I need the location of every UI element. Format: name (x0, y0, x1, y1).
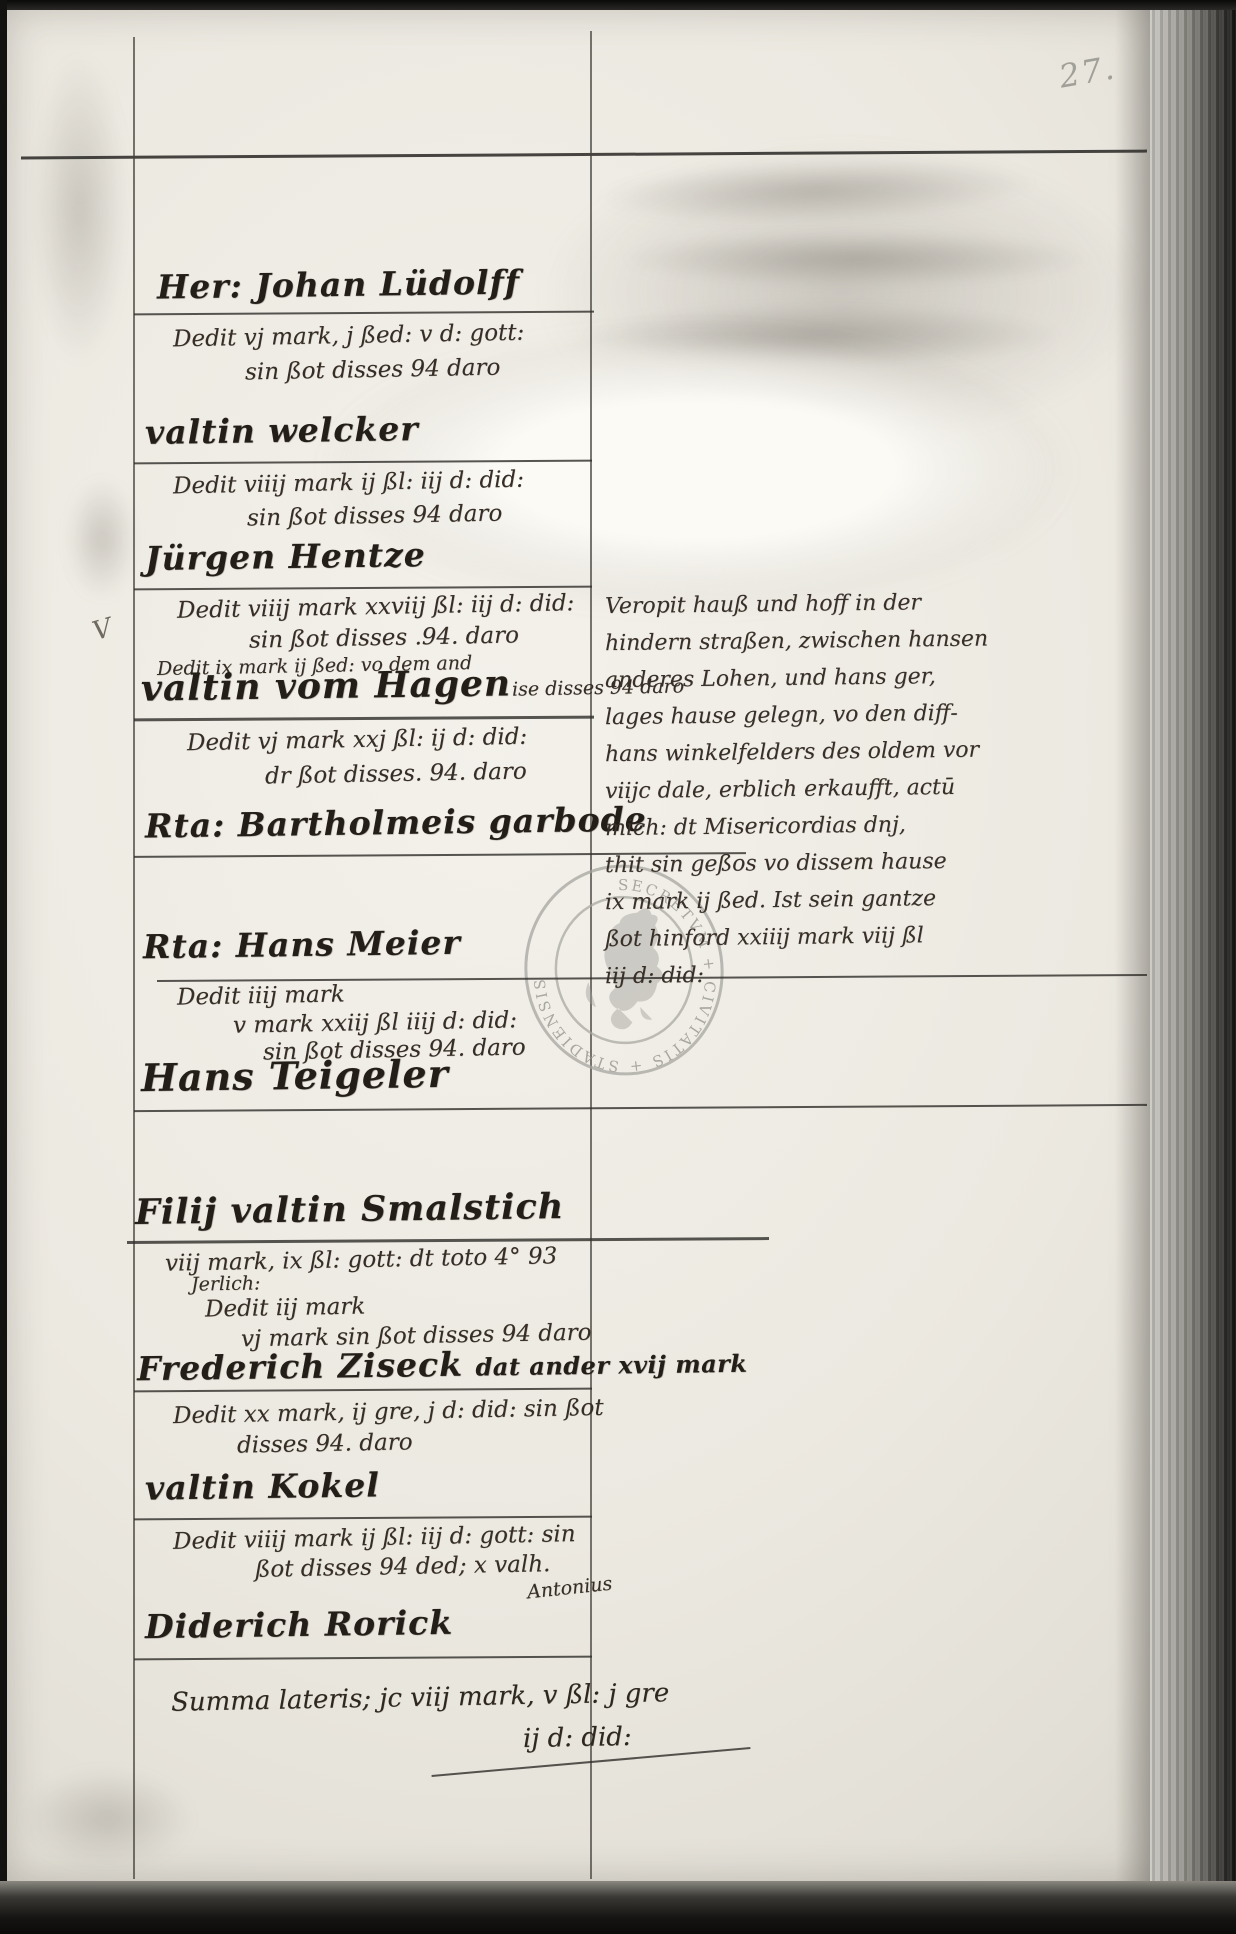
heading-underline (134, 1104, 1147, 1112)
stain (596, 151, 1038, 230)
entry-heading: valtin vom Hagen (141, 662, 512, 709)
note-line: mich: dt Misericordias dnj, (605, 804, 1125, 847)
stain (32, 54, 127, 364)
entry-line: disses 94. daro (237, 1429, 413, 1458)
heading-underline (127, 1237, 769, 1244)
stain (67, 479, 137, 599)
note-line: lages hause gelegn, vo den diff- (605, 693, 1125, 736)
note-line: iij d: did: (605, 952, 1125, 995)
entry-line: Jerlich: (191, 1272, 261, 1295)
note-line: Veropit hauß und hoff in der (605, 582, 1125, 625)
entry-heading: Her: Johan Lüdolff (157, 262, 520, 306)
note-line: ix mark ij ßed. Ist sein gantze (605, 878, 1125, 921)
margin-mark: V (89, 613, 115, 647)
entry-line: Dedit xx mark, ij gre, j d: did: sin ßot (173, 1395, 604, 1429)
top-ruled-line (21, 150, 1147, 160)
entry-line: dr ßot disses. 94. daro (265, 758, 527, 789)
entry-line: Dedit iiij mark (177, 981, 345, 1010)
scan-bottom-edge (0, 1881, 1236, 1934)
entry-heading: Filij valtin Smalstich (135, 1186, 565, 1233)
manuscript-scan: SECRETVM + CIVITATIS + STADIENSIS 27. V … (0, 0, 1236, 1934)
entry-line: sin ßot disses .94. daro (249, 622, 519, 653)
entry-heading: Frederich Ziseck dat ander xvij mark (137, 1341, 748, 1389)
summa-line: Summa lateris; jc viij mark, v ßl: j gre (171, 1678, 670, 1718)
note-line: anderes Lohen, und hans ger, (605, 656, 1125, 699)
stain (582, 304, 1062, 366)
entry-line: v mark xxiij ßl iiij d: did: (233, 1007, 517, 1038)
stain (537, 139, 1147, 449)
stain (562, 381, 872, 433)
heading-underline (134, 460, 592, 465)
entry-heading: valtin welcker (145, 409, 419, 452)
entry-line: sin ßot disses 94 daro (247, 501, 503, 532)
heading-underline (134, 311, 594, 316)
summa-line: ij d: did: (523, 1722, 632, 1754)
note-line: viijc dale, erblich erkaufft, actū (605, 767, 1125, 810)
book-page-block-edge (1150, 0, 1236, 1934)
entry-line: Dedit vj mark xxj ßl: ij d: did: (187, 724, 528, 757)
scan-left-edge (0, 0, 7, 1934)
entry-line: Dedit iij mark (205, 1293, 366, 1322)
note-line: ßot hinford xxiiij mark viij ßl (605, 915, 1125, 958)
heading-underline (134, 586, 592, 591)
note-line: hindern straßen, zwischen hansen (605, 619, 1125, 662)
stain (22, 1769, 192, 1869)
entry-line: viij mark, ix ßl: gott: dt toto 4° 93 (165, 1243, 558, 1277)
heading-underline (134, 716, 594, 722)
entry-line: Dedit vj mark, j ßed: v d: gott: (173, 320, 525, 353)
entry-line: Dedit viiij mark xxviij ßl: iij d: did: (177, 590, 575, 624)
entry-heading: Hans Teigeler (141, 1051, 449, 1100)
heading-underline (134, 1388, 592, 1393)
marginal-note: Veropit hauß und hoff in der hindern str… (605, 585, 1125, 992)
entry-heading: Diderich Rorick (145, 1603, 454, 1646)
scan-top-edge (0, 0, 1236, 10)
heading-underline (134, 1516, 592, 1521)
entry-line: ßot disses 94 ded; x valh. (255, 1551, 551, 1583)
note-line: hans winkelfelders des oldem vor (605, 730, 1125, 773)
page-number: 27. (1056, 48, 1119, 95)
stain (622, 231, 1092, 287)
entry-line: sin ßot disses 94 daro (245, 355, 501, 386)
note-line: thit sin geßos vo dissem hause (605, 841, 1125, 884)
paper-page: SECRETVM + CIVITATIS + STADIENSIS 27. V … (7, 9, 1150, 1881)
entry-heading: Rta: Hans Meier (143, 923, 461, 966)
entry-heading-name: Frederich Ziseck (137, 1345, 463, 1389)
heading-underline (134, 1656, 592, 1661)
entry-heading: Rta: Bartholmeis garbode (145, 799, 647, 845)
entry-line: Dedit viiij mark ij ßl: iij d: did: (173, 467, 524, 500)
entry-heading-suffix: dat ander xvij mark (475, 1349, 747, 1382)
entry-heading: Jürgen Hentze (145, 535, 426, 578)
entry-heading: valtin Kokel (145, 1465, 380, 1507)
entry-line: Dedit viiij mark ij ßl: iij d: gott: sin (173, 1521, 576, 1555)
